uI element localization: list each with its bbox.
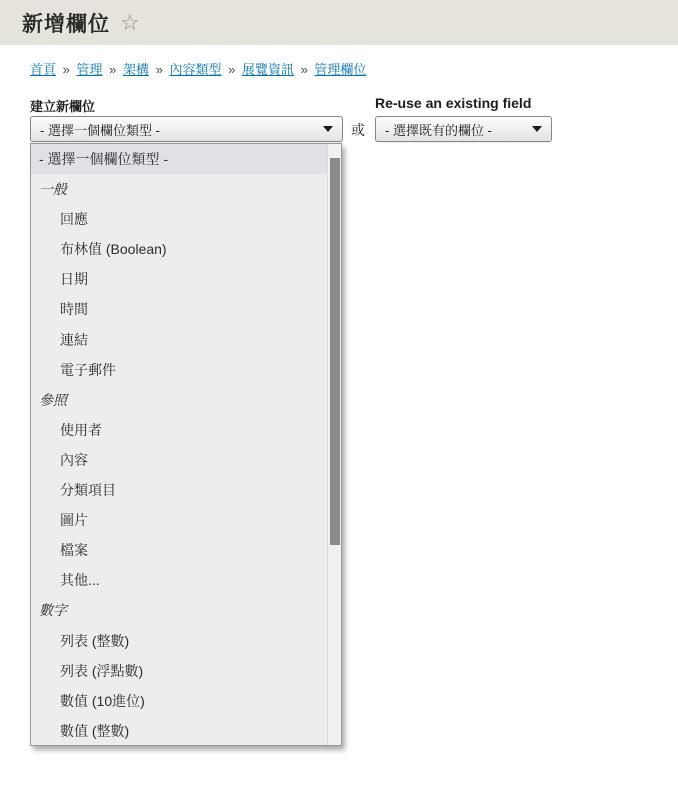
dropdown-option[interactable]: 列表 (浮點數) (31, 656, 327, 686)
breadcrumb-separator: » (224, 62, 238, 77)
breadcrumb-link[interactable]: 管理欄位 (314, 62, 366, 77)
breadcrumb-link[interactable]: 架構 (123, 62, 149, 77)
breadcrumb-separator: » (106, 62, 120, 77)
breadcrumb-separator: » (59, 62, 73, 77)
breadcrumb-separator: » (297, 62, 311, 77)
chevron-down-icon (323, 126, 333, 132)
dropdown-option[interactable]: 布林值 (Boolean) (31, 234, 327, 264)
breadcrumb-link[interactable]: 展覽資訊 (242, 62, 294, 77)
breadcrumb-link[interactable]: 管理 (76, 62, 102, 77)
field-type-dropdown-panel: - 選擇一個欄位類型 -一般回應布林值 (Boolean)日期時間連結電子郵件參… (30, 143, 342, 746)
dropdown-option[interactable]: 列表 (整數) (31, 626, 327, 656)
field-type-select[interactable]: - 選擇一個欄位類型 - (30, 116, 343, 142)
dropdown-scrollbar-track[interactable] (327, 144, 341, 745)
field-type-select-value: - 選擇一個欄位類型 - (40, 120, 160, 139)
breadcrumb-link[interactable]: 內容類型 (169, 62, 221, 77)
dropdown-option[interactable]: 使用者 (31, 415, 327, 445)
dropdown-scrollbar-thumb[interactable] (330, 158, 340, 545)
field-type-dropdown-list: - 選擇一個欄位類型 -一般回應布林值 (Boolean)日期時間連結電子郵件參… (31, 144, 327, 745)
dropdown-option[interactable]: 檔案 (31, 535, 327, 565)
dropdown-group-label: 參照 (31, 385, 327, 415)
dropdown-option[interactable]: 回應 (31, 204, 327, 234)
page-header: 新增欄位 ☆ (0, 0, 678, 45)
dropdown-option[interactable]: 日期 (31, 264, 327, 294)
existing-field-label: Re-use an existing field (375, 95, 531, 111)
chevron-down-icon (532, 126, 542, 132)
breadcrumb: 首頁 » 管理 » 架構 » 內容類型 » 展覽資訊 » 管理欄位 (30, 59, 366, 78)
new-field-label: 建立新欄位 (30, 96, 95, 115)
existing-field-select-value: - 選擇既有的欄位 - (385, 120, 492, 139)
dropdown-option[interactable]: 電子郵件 (31, 355, 327, 385)
or-label: 或 (351, 120, 365, 140)
dropdown-option[interactable]: 內容 (31, 445, 327, 475)
breadcrumb-separator: » (152, 62, 166, 77)
dropdown-option[interactable]: 數值 (整數) (31, 716, 327, 745)
dropdown-option[interactable]: 其他... (31, 565, 327, 595)
breadcrumb-link[interactable]: 首頁 (30, 62, 56, 77)
dropdown-option[interactable]: 連結 (31, 325, 327, 355)
dropdown-option[interactable]: 圖片 (31, 505, 327, 535)
existing-field-select[interactable]: - 選擇既有的欄位 - (375, 116, 552, 142)
dropdown-option[interactable]: 數值 (10進位) (31, 686, 327, 716)
dropdown-option[interactable]: 分類項目 (31, 475, 327, 505)
dropdown-option[interactable]: 時間 (31, 294, 327, 324)
dropdown-group-label: 數字 (31, 595, 327, 625)
page-title: 新增欄位 (22, 8, 110, 38)
favorite-star-icon[interactable]: ☆ (120, 12, 140, 34)
dropdown-group-label: 一般 (31, 174, 327, 204)
dropdown-option[interactable]: - 選擇一個欄位類型 - (31, 144, 327, 174)
